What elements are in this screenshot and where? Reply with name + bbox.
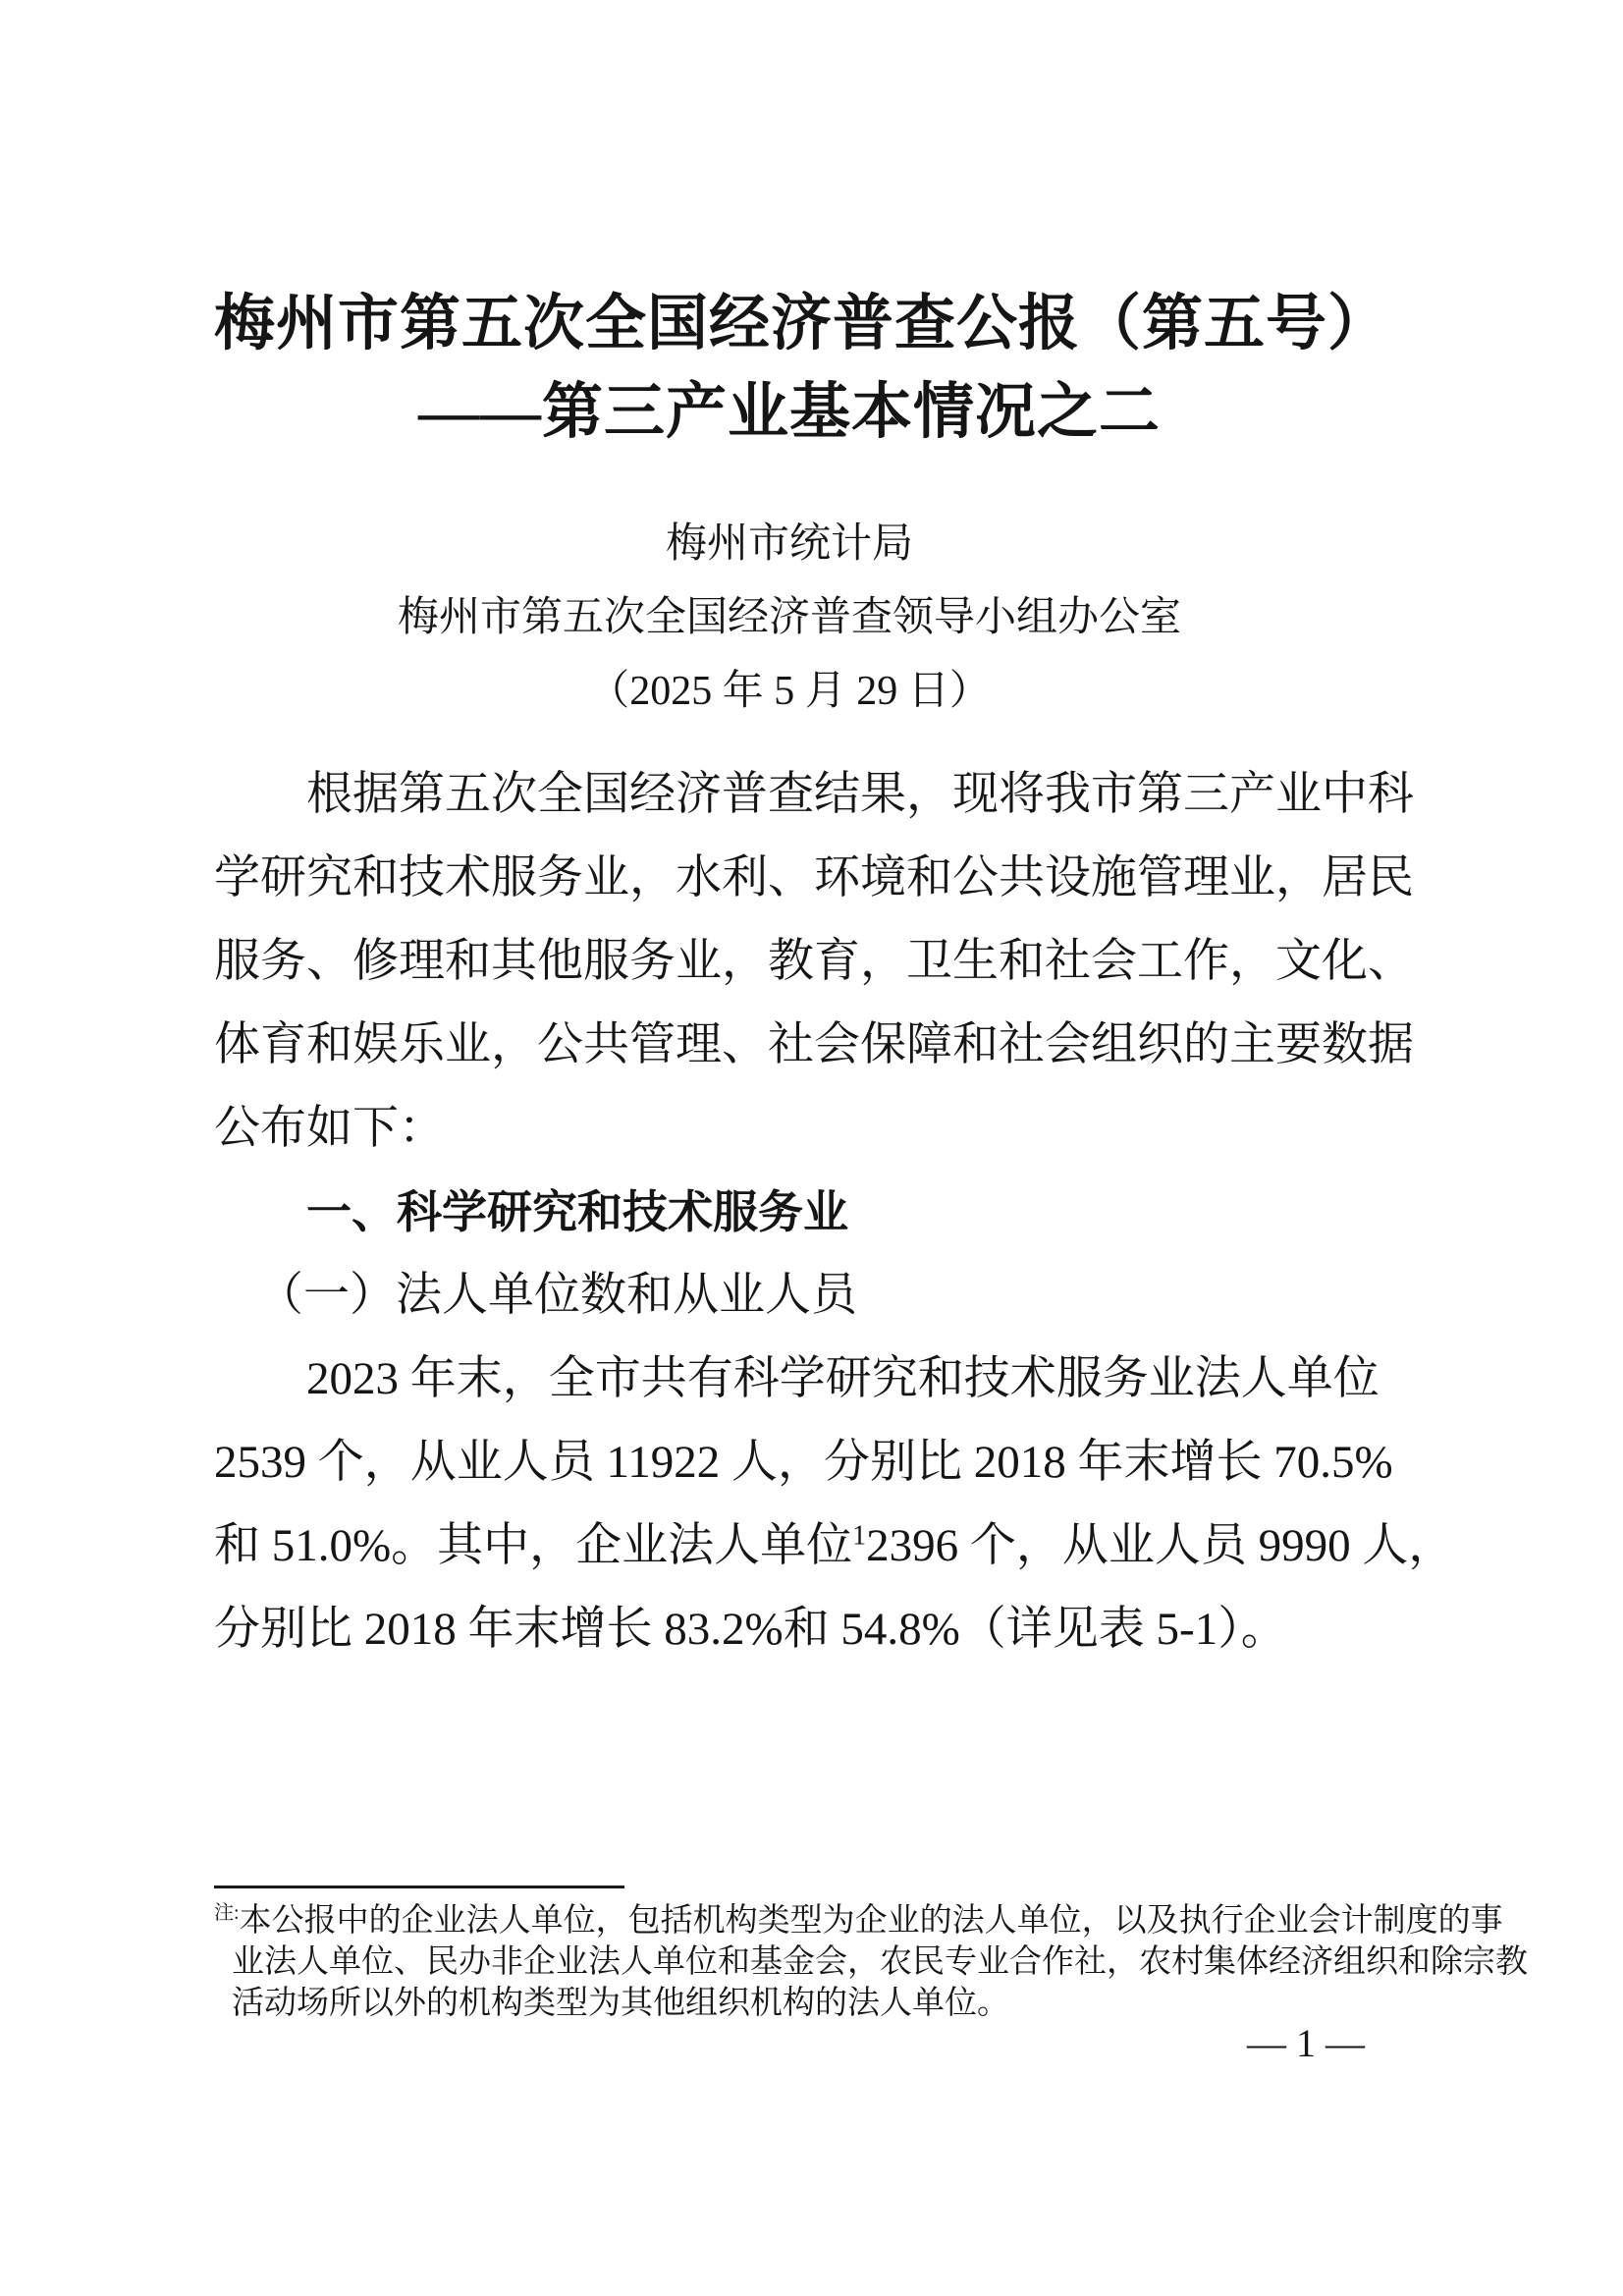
page-number: — 1 — — [214, 2024, 1365, 2063]
publication-date: （2025 年 5 月 29 日） — [214, 655, 1365, 729]
footnote-reference-1: 1 — [852, 1520, 866, 1551]
section-1-paragraph-line: 和 51.0%。其中，企业法人单位12396 个，从业人员 9990 人， — [214, 1504, 1365, 1588]
title-line-1: 梅州市第五次全国经济普查公报（第五号） — [214, 280, 1365, 368]
document-body: 根据第五次全国经济普查结果，现将我市第三产业中科 学研究和技术服务业，水利、环境… — [214, 753, 1365, 1671]
section-1-paragraph-line: 2539 个，从业人员 11922 人，分别比 2018 年末增长 70.5% — [214, 1421, 1365, 1504]
intro-paragraph-line: 公布如下： — [214, 1087, 1365, 1171]
document-title: 梅州市第五次全国经济普查公报（第五号） ——第三产业基本情况之二 — [214, 280, 1365, 457]
issuer-census-office: 梅州市第五次全国经济普查领导小组办公室 — [214, 581, 1365, 655]
intro-paragraph-line: 体育和娱乐业，公共管理、社会保障和社会组织的主要数据 — [214, 1004, 1365, 1087]
paragraph-text-segment: 2396 个，从业人员 9990 人， — [866, 1520, 1454, 1571]
document-page: 梅州市第五次全国经济普查公报（第五号） ——第三产业基本情况之二 梅州市统计局 … — [0, 0, 1623, 2296]
intro-paragraph-line: 学研究和技术服务业，水利、环境和公共设施管理业，居民 — [214, 837, 1365, 920]
footnote-line: 注:本公报中的企业法人单位，包括机构类型为企业的法人单位，以及执行企业会计制度的… — [214, 1900, 1365, 1941]
section-1-paragraph-line: 2023 年末，全市共有科学研究和技术服务业法人单位 — [214, 1338, 1365, 1421]
footnote-line: 活动场所以外的机构类型为其他组织机构的法人单位。 — [214, 1983, 1365, 2024]
footnote-separator-rule — [214, 1886, 624, 1888]
intro-paragraph-line: 根据第五次全国经济普查结果，现将我市第三产业中科 — [214, 753, 1365, 837]
intro-paragraph-line: 服务、修理和其他服务业，教育，卫生和社会工作，文化、 — [214, 920, 1365, 1004]
footnote-block: 注:本公报中的企业法人单位，包括机构类型为企业的法人单位，以及执行企业会计制度的… — [214, 1900, 1365, 2024]
footnote-text-segment: 本公报中的企业法人单位，包括机构类型为企业的法人单位，以及执行企业会计制度的事 — [240, 1903, 1503, 1939]
section-1-subheading: （一）法人单位数和从业人员 — [214, 1254, 1365, 1338]
byline-block: 梅州市统计局 梅州市第五次全国经济普查领导小组办公室 （2025 年 5 月 2… — [214, 508, 1365, 729]
paragraph-text-segment: 和 51.0%。其中，企业法人单位 — [214, 1520, 852, 1571]
section-1-heading: 一、科学研究和技术服务业 — [214, 1171, 1365, 1254]
issuer-statistics-bureau: 梅州市统计局 — [214, 508, 1365, 581]
footnote-line: 业法人单位、民办非企业法人单位和基金会，农民专业合作社，农村集体经济组织和除宗教 — [214, 1941, 1365, 1983]
footnote-marker: 注: — [214, 1902, 240, 1924]
section-1-paragraph-line: 分别比 2018 年末增长 83.2%和 54.8%（详见表 5-1）。 — [214, 1588, 1365, 1671]
title-line-2: ——第三产业基本情况之二 — [214, 368, 1365, 457]
